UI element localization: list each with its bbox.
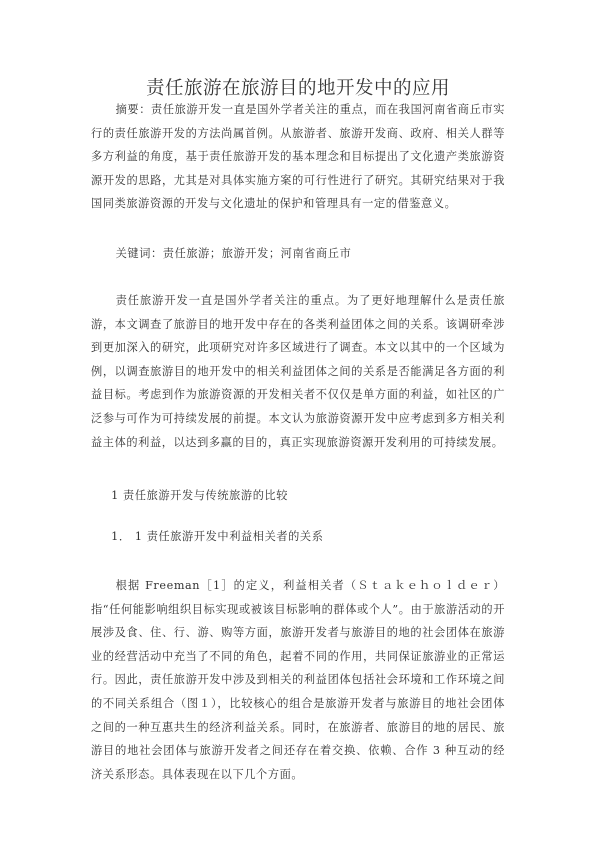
section-1-1-paragraph: 根据 Freeman［1］的定义，利益相关者（Ｓｔａｋｅｈｏｌｄｅｒ）指“任何能… xyxy=(91,574,505,786)
section-1-heading: 1 责任旅游开发与传统旅游的比较 xyxy=(91,487,288,503)
document-title: 责任旅游在旅游目的地开发中的应用 xyxy=(91,74,505,100)
abstract-paragraph: 摘要：责任旅游开发一直是国外学者关注的重点，而在我国河南省商丘市实行的责任旅游开… xyxy=(91,98,505,216)
intro-paragraph: 责任旅游开发一直是国外学者关注的重点。为了更好地理解什么是责任旅游，本文调查了旅… xyxy=(91,289,505,454)
keywords-line: 关键词：责任旅游；旅游开发；河南省商丘市 xyxy=(91,242,505,266)
section-1-1-heading: 1． 1 责任旅游开发中利益相关者的关系 xyxy=(91,528,324,544)
